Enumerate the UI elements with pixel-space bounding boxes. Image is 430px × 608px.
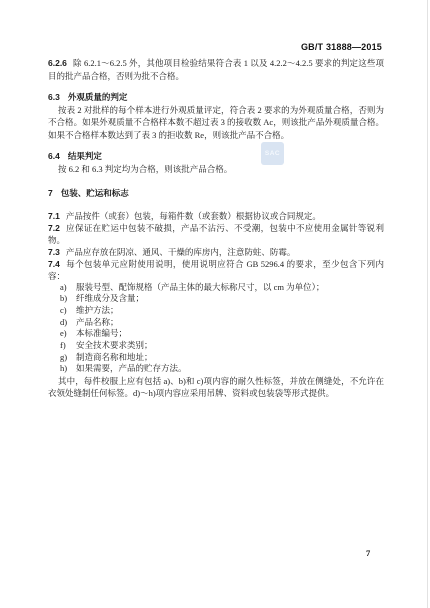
- document-body: 6.2.6除 6.2.1～6.2.5 外，其他项目检验结果符合表 1 以及 4.…: [48, 57, 384, 399]
- clause-7-3-number: 7.3: [48, 247, 60, 257]
- list-item-a: a)服装号型、配饰规格（产品主体的最大标称尺寸，以 cm 为单位）；: [48, 282, 384, 294]
- list-item-d: d)产品名称；: [48, 317, 384, 329]
- clause-6-2-6: 6.2.6除 6.2.1～6.2.5 外，其他项目检验结果符合表 1 以及 4.…: [48, 57, 384, 82]
- clause-6-2-6-number: 6.2.6: [48, 58, 67, 68]
- running-header: GB/T 31888—2015: [48, 42, 382, 52]
- document-page: GB/T 31888—2015 SAC 6.2.6除 6.2.1～6.2.5 外…: [0, 0, 430, 608]
- list-item-g-marker: g): [60, 352, 70, 364]
- paragraph-label-requirements: 其中，每件校服上应有包括 a)、b)和 c)项内容的耐久性标签，并放在侧缝处，不…: [48, 375, 384, 399]
- heading-7-title: 包装、贮运和标志: [61, 188, 129, 198]
- heading-6-4-title: 结果判定: [68, 151, 102, 161]
- scan-edge-line: [427, 0, 428, 608]
- heading-6-3-number: 6.3: [48, 92, 60, 102]
- clause-7-3: 7.3产品应存放在阴凉、通风、干燥的库房内，注意防蛀、防霉。: [48, 246, 384, 258]
- paragraph-6-3: 按表 2 对批样的每个样本进行外观质量评定，符合表 2 要求的为外观质量合格，否…: [48, 104, 384, 142]
- list-item-f: f)安全技术要求类别；: [48, 340, 384, 352]
- list-item-h-text: 如果需要，产品的贮存方法。: [76, 363, 187, 373]
- clause-7-4-number: 7.4: [48, 259, 60, 269]
- list-item-g: g)制造商名称和地址；: [48, 352, 384, 364]
- list-item-a-text: 服装号型、配饰规格（产品主体的最大标称尺寸，以 cm 为单位）；: [76, 282, 324, 292]
- clause-7-3-text: 产品应存放在阴凉、通风、干燥的库房内，注意防蛀、防霉。: [66, 247, 296, 257]
- standard-code: GB/T 31888—2015: [301, 42, 382, 52]
- heading-6-3: 6.3外观质量的判定: [48, 91, 384, 104]
- heading-7-number: 7: [48, 188, 53, 198]
- clause-7-1: 7.1产品按件（或套）包装，每箱件数（或套数）根据协议或合同规定。: [48, 210, 384, 222]
- list-item-d-marker: d): [60, 317, 70, 329]
- list-item-f-text: 安全技术要求类别；: [76, 340, 153, 350]
- clause-7-2-text: 应保证在贮运中包装不破损，产品不沾污、不受潮，包装中不应使用金属针等锐利物。: [48, 223, 384, 245]
- page-number: 7: [366, 548, 370, 558]
- clause-7-2: 7.2应保证在贮运中包装不破损，产品不沾污、不受潮，包装中不应使用金属针等锐利物…: [48, 222, 384, 246]
- heading-6-4-number: 6.4: [48, 151, 60, 161]
- clause-7-4-text: 每个包装单元应附使用说明，使用说明应符合 GB 5296.4 的要求，至少包含下…: [48, 259, 384, 281]
- heading-7: 7包装、贮运和标志: [48, 187, 384, 200]
- list-item-e-marker: e): [60, 328, 70, 340]
- list-item-c-text: 维护方法；: [76, 305, 119, 315]
- list-item-a-marker: a): [60, 282, 70, 294]
- clause-7-1-number: 7.1: [48, 211, 60, 221]
- list-item-d-text: 产品名称；: [76, 317, 119, 327]
- list-item-c: c)维护方法；: [48, 305, 384, 317]
- clause-7-2-number: 7.2: [48, 223, 60, 233]
- list-item-e: e)本标准编号；: [48, 328, 384, 340]
- paragraph-6-4: 按 6.2 和 6.3 判定均为合格，则该批产品合格。: [48, 163, 384, 176]
- clause-6-2-6-text: 除 6.2.1～6.2.5 外，其他项目检验结果符合表 1 以及 4.2.2～4…: [48, 58, 384, 81]
- list-item-b-marker: b): [60, 293, 70, 305]
- list-item-b-text: 纤维成分及含量；: [76, 293, 144, 303]
- list-item-c-marker: c): [60, 305, 70, 317]
- clause-7-4-item-list: a)服装号型、配饰规格（产品主体的最大标称尺寸，以 cm 为单位）； b)纤维成…: [48, 282, 384, 376]
- heading-6-4: 6.4结果判定: [48, 150, 384, 163]
- list-item-f-marker: f): [60, 340, 70, 352]
- list-item-g-text: 制造商名称和地址；: [76, 352, 153, 362]
- list-item-e-text: 本标准编号；: [76, 328, 127, 338]
- clause-7-4: 7.4每个包装单元应附使用说明，使用说明应符合 GB 5296.4 的要求，至少…: [48, 258, 384, 282]
- heading-6-3-title: 外观质量的判定: [68, 92, 128, 102]
- list-item-b: b)纤维成分及含量；: [48, 293, 384, 305]
- clause-7-1-text: 产品按件（或套）包装，每箱件数（或套数）根据协议或合同规定。: [66, 211, 321, 221]
- list-item-h-marker: h): [60, 363, 70, 375]
- list-item-h: h)如果需要，产品的贮存方法。: [48, 363, 384, 375]
